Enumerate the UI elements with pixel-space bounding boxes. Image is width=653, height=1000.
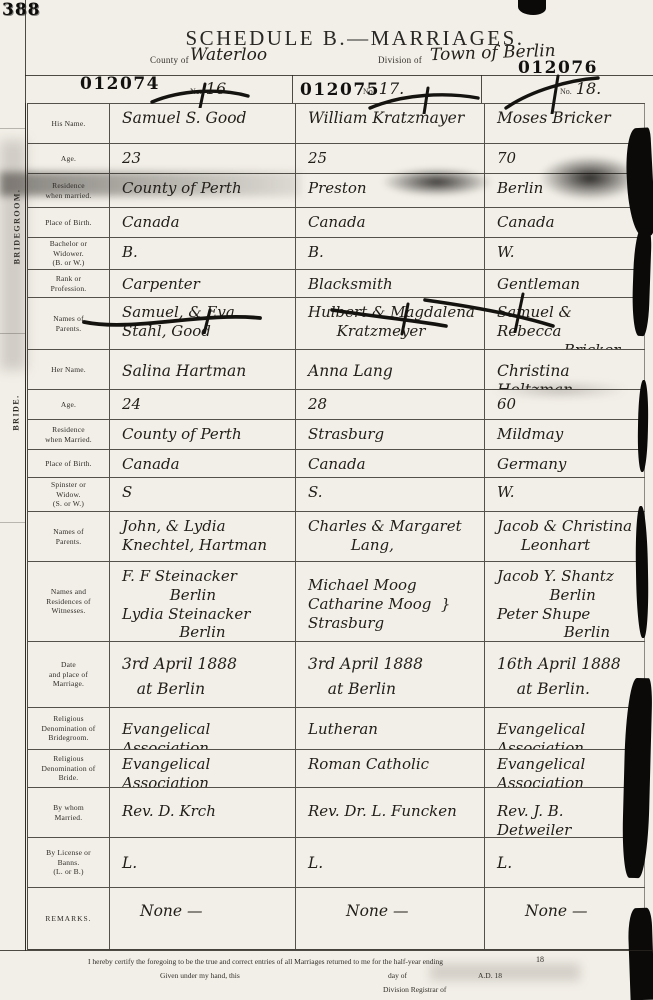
bride-birthplace-entry-17: Canada	[296, 450, 485, 477]
row-label: Religious Denomination of Bridegroom.	[28, 708, 110, 749]
row-groom-birthplace: Place of Birth. Canada Canada Canada	[28, 207, 645, 237]
bride-status-entry-16: S	[110, 478, 296, 511]
row-groom-age: Age. 23 25 70	[28, 143, 645, 173]
bride-denomination-entry-17: Roman Catholic	[296, 750, 485, 787]
marriage-date-entry-16: 3rd April 1888 at Berlin	[110, 642, 296, 707]
scan-artifact	[637, 380, 649, 472]
groom-status-entry-16: B.	[110, 238, 296, 269]
row-bride-birthplace: Place of Birth. Canada Canada Germany	[28, 449, 645, 477]
groom-status-entry-17: B.	[296, 238, 485, 269]
witnesses-entry-17: Michael Moog Catharine Moog } Strasburg	[296, 562, 485, 641]
row-label: Her Name.	[28, 350, 110, 389]
bride-age-entry-17: 28	[296, 390, 485, 419]
row-label: Religious Denomination of Bride.	[28, 750, 110, 787]
groom-birthplace-entry-17: Canada	[296, 208, 485, 237]
row-label: Age.	[28, 390, 110, 419]
check-mark	[502, 70, 602, 114]
her-name-entry-17: Anna Lang	[296, 350, 485, 389]
row-denomination-bride: Religious Denomination of Bride. Evangel…	[28, 749, 645, 787]
page-number-stamp: 388	[2, 0, 41, 20]
his-name-entry-16: Samuel S. Good	[110, 104, 296, 143]
her-name-entry-16: Salina Hartman	[110, 350, 296, 389]
groom-status-entry-18: W.	[485, 238, 645, 269]
certification-text: I hereby certify the foregoing to be the…	[88, 957, 443, 966]
bride-birthplace-entry-16: Canada	[110, 450, 296, 477]
row-date-place-of-marriage: Date and place of Marriage. 3rd April 18…	[28, 641, 645, 707]
groom-denomination-entry-18: Evangelical Association	[485, 708, 645, 749]
row-label: Names and Residences of Witnesses.	[28, 562, 110, 641]
row-by-whom-married: By whom Married. Rev. D. Krch Rev. Dr. L…	[28, 787, 645, 837]
check-mark	[423, 288, 558, 333]
groom-residence-entry-18: Berlin	[485, 174, 645, 207]
profession-entry-16: Carpenter	[110, 270, 296, 297]
margin-rule	[0, 333, 25, 334]
bride-status-entry-18: W.	[485, 478, 645, 511]
footer-rule	[0, 950, 653, 951]
row-her-name: Her Name. Salina Hartman Anna Lang Chris…	[28, 349, 645, 389]
row-label: Spinster or Widow. (S. or W.)	[28, 478, 110, 511]
scan-artifact	[627, 908, 653, 1000]
bride-parents-entry-16: John, & Lydia Knechtel, Hartman	[110, 512, 296, 561]
groom-denomination-entry-17: Lutheran	[296, 708, 485, 749]
scanned-marriage-register-page: 388 SCHEDULE B.—MARRIAGES. County of Wat…	[0, 0, 653, 1000]
county-value: Waterloo	[190, 45, 267, 65]
groom-birthplace-entry-18: Canada	[485, 208, 645, 237]
bride-parents-entry-17: Charles & Margaret Lang,	[296, 512, 485, 561]
county-label: County of	[150, 55, 189, 65]
groom-residence-entry-17: Preston	[296, 174, 485, 207]
ad-year-text: A.D. 18	[478, 971, 502, 980]
marriage-register-table: His Name. Samuel S. Good William Kratzma…	[25, 103, 645, 950]
row-label: Place of Birth.	[28, 450, 110, 477]
row-label: Date and place of Marriage.	[28, 642, 110, 707]
row-groom-residence: Residence when married. County of Perth …	[28, 173, 645, 207]
row-denomination-bridegroom: Religious Denomination of Bridegroom. Ev…	[28, 707, 645, 749]
division-label: Division of	[378, 55, 422, 65]
row-bride-parents: Names of Parents. John, & Lydia Knechtel…	[28, 511, 645, 561]
marriage-date-entry-18: 16th April 1888 at Berlin.	[485, 642, 645, 707]
row-bachelor-or-widower: Bachelor or Widower. (B. or W.) B. B. W.	[28, 237, 645, 269]
row-label: Place of Birth.	[28, 208, 110, 237]
bride-section-label: BRIDE.	[12, 383, 21, 443]
scan-artifact	[518, 0, 546, 15]
bride-status-entry-17: S.	[296, 478, 485, 511]
row-witnesses: Names and Residences of Witnesses. F. F …	[28, 561, 645, 641]
row-bride-residence: Residence when Married. County of Perth …	[28, 419, 645, 449]
row-label: Residence when married.	[28, 174, 110, 207]
row-remarks: REMARKS. None — None — None —	[28, 887, 645, 950]
row-label: By whom Married.	[28, 788, 110, 837]
row-label: Rank or Profession.	[28, 270, 110, 297]
license-entry-18: L.	[485, 838, 645, 887]
license-entry-16: L.	[110, 838, 296, 887]
certification-year: 18	[536, 955, 544, 964]
bride-denomination-entry-18: Evangelical Association	[485, 750, 645, 787]
bride-age-entry-18: 60	[485, 390, 645, 419]
her-name-entry-18: Christina Holtzman	[485, 350, 645, 389]
license-entry-17: L.	[296, 838, 485, 887]
check-mark	[368, 86, 480, 114]
witnesses-entry-16: F. F Steinacker Berlin Lydia Steinacker …	[110, 562, 296, 641]
bride-birthplace-entry-18: Germany	[485, 450, 645, 477]
paper-stain	[430, 963, 580, 981]
bride-residence-entry-16: County of Perth	[110, 420, 296, 449]
bride-age-entry-16: 24	[110, 390, 296, 419]
bride-denomination-entry-16: Evangelical Association	[110, 750, 296, 787]
groom-age-entry-16: 23	[110, 144, 296, 173]
division-registrar-text: Division Registrar of	[383, 985, 446, 994]
groom-residence-entry-16: County of Perth	[110, 174, 296, 207]
groom-denomination-entry-16: Evangelical Association	[110, 708, 296, 749]
row-spinster-or-widow: Spinster or Widow. (S. or W.) S S. W.	[28, 477, 645, 511]
remarks-entry-16: None —	[110, 888, 296, 949]
row-label: REMARKS.	[28, 888, 110, 949]
check-mark	[150, 82, 250, 108]
row-label: By License or Banns. (L. or B.)	[28, 838, 110, 887]
bride-parents-entry-18: Jacob & Christina Leonhart	[485, 512, 645, 561]
marriage-date-entry-17: 3rd April 1888 at Berlin	[296, 642, 485, 707]
remarks-entry-17: None —	[296, 888, 485, 949]
row-label: Residence when Married.	[28, 420, 110, 449]
bride-residence-entry-17: Strasburg	[296, 420, 485, 449]
row-label: Bachelor or Widower. (B. or W.)	[28, 238, 110, 269]
given-under-hand-text: Given under my hand, this	[160, 971, 240, 980]
margin-rule	[0, 522, 25, 523]
row-label: Names of Parents.	[28, 512, 110, 561]
row-label: Age.	[28, 144, 110, 173]
row-license-or-banns: By License or Banns. (L. or B.) L. L. L.	[28, 837, 645, 887]
row-label: His Name.	[28, 104, 110, 143]
officiant-entry-18: Rev. J. B. Detweiler	[485, 788, 645, 837]
officiant-entry-16: Rev. D. Krch	[110, 788, 296, 837]
groom-age-entry-17: 25	[296, 144, 485, 173]
row-bride-age: Age. 24 28 60	[28, 389, 645, 419]
groom-age-entry-18: 70	[485, 144, 645, 173]
remarks-entry-18: None —	[485, 888, 645, 949]
bride-residence-entry-18: Mildmay	[485, 420, 645, 449]
bridegroom-section-label: BRIDEGROOM.	[13, 182, 22, 272]
officiant-entry-17: Rev. Dr. L. Funcken	[296, 788, 485, 837]
witnesses-entry-18: Jacob Y. Shantz Berlin Peter Shupe Berli…	[485, 562, 645, 641]
check-mark	[82, 308, 264, 334]
day-of-text: day of	[388, 971, 407, 980]
margin-rule	[0, 128, 25, 129]
groom-birthplace-entry-16: Canada	[110, 208, 296, 237]
